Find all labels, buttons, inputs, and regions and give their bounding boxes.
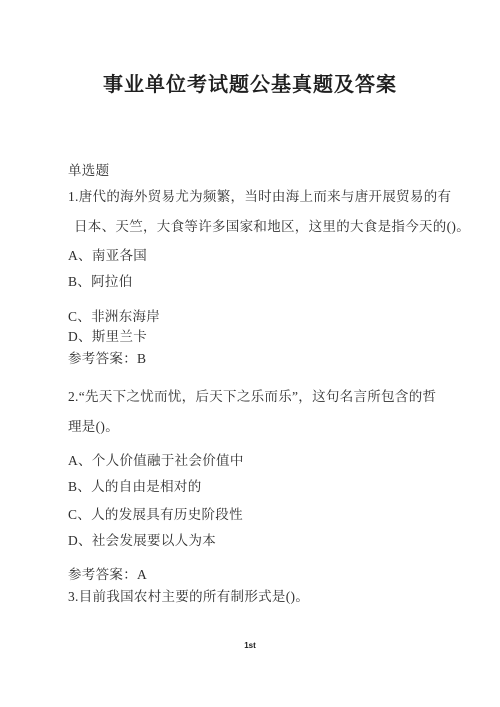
question-1-option-a: A、南亚各国 xyxy=(68,248,147,264)
question-1-option-d: D、斯里兰卡 xyxy=(68,329,147,345)
question-2-option-c: C、人的发展具有历史阶段性 xyxy=(68,507,243,523)
document-page: 事业单位考试题公基真题及答案 单选题 1.唐代的海外贸易尤为频繁，当时由海上而来… xyxy=(0,0,500,707)
question-1-option-b: B、阿拉伯 xyxy=(68,274,133,290)
page-number: 1st xyxy=(0,641,500,650)
question-2-text-line-2: 理是()。 xyxy=(68,419,119,435)
question-3-text-line-1: 3.目前我国农村主要的所有制形式是()。 xyxy=(68,589,309,605)
question-1-answer: 参考答案：B xyxy=(68,351,146,367)
question-1-text-line-2: 日本、天竺，大食等许多国家和地区，这里的大食是指今天的()。 xyxy=(74,219,470,235)
question-2-option-b: B、人的自由是相对的 xyxy=(68,479,202,495)
question-2-option-d: D、社会发展要以人为本 xyxy=(68,533,216,549)
question-2-text-line-1: 2.“先天下之忧而忧，后天下之乐而乐”，这句名言所包含的哲 xyxy=(68,389,436,405)
document-title: 事业单位考试题公基真题及答案 xyxy=(0,68,500,97)
question-1-option-c: C、非洲东海岸 xyxy=(68,309,160,325)
section-heading: 单选题 xyxy=(68,163,109,179)
question-1-text-line-1: 1.唐代的海外贸易尤为频繁，当时由海上而来与唐开展贸易的有 xyxy=(68,189,451,205)
question-2-option-a: A、个人价值融于社会价值中 xyxy=(68,453,244,469)
question-2-answer: 参考答案：A xyxy=(68,567,147,583)
